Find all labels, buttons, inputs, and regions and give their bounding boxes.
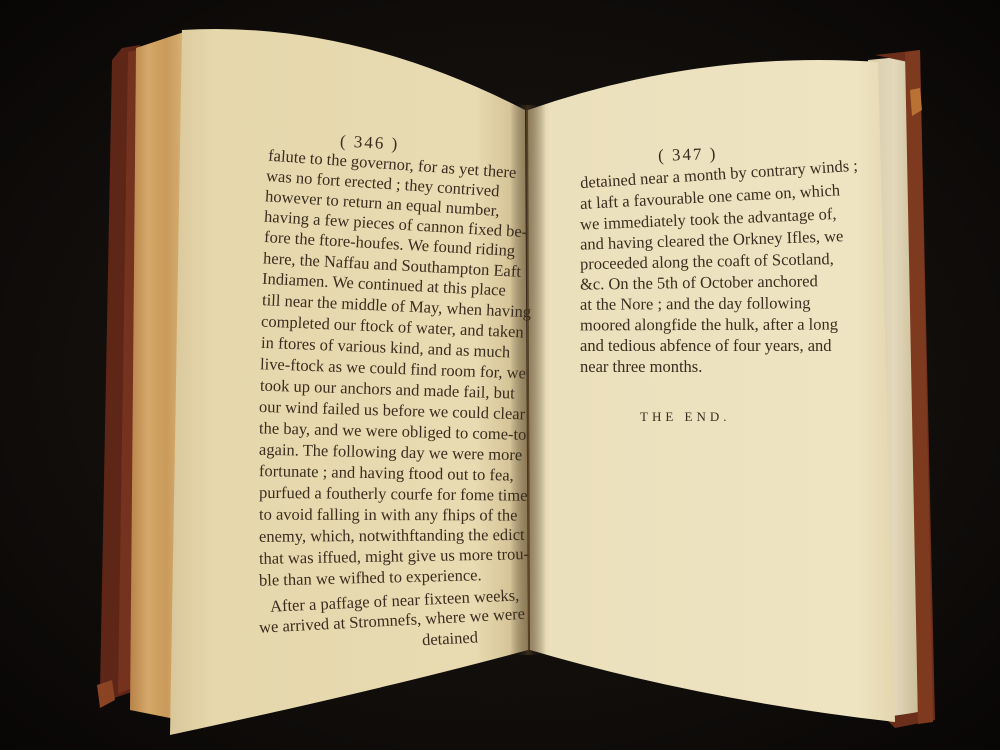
text-line: and tedious abfence of four years, and (580, 338, 808, 355)
text-line: &c. On the 5th of October anchored (580, 273, 808, 293)
right-page-text: ( 347 ) detained near a month by contrar… (0, 0, 1000, 750)
text-line: near three months. (580, 359, 808, 376)
text-line: moored alongfide the hulk, after a long (580, 317, 808, 334)
page-number-347: ( 347 ) (658, 145, 718, 164)
text-line: proceeded along the coaft of Scotland, (580, 252, 808, 273)
text-line: at the Nore ; and the day following (580, 295, 808, 313)
photo-scene: ( 346 ) falute to the governor, for as y… (0, 0, 1000, 750)
the-end-heading: THE END. (640, 410, 731, 423)
